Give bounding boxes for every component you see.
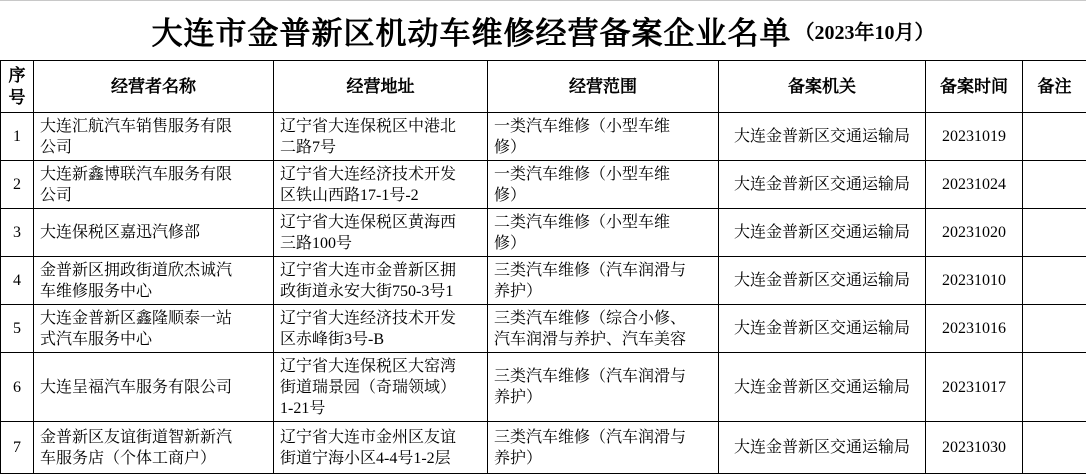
cell-date: 20231024 — [926, 161, 1023, 209]
cell-scope: 三类汽车维修（综合小修、 汽车润滑与养护、汽车美容 — [488, 305, 719, 353]
cell-remark — [1023, 161, 1086, 209]
table-row: 4 金普新区拥政街道欣杰诚汽 车维修服务中心 辽宁省大连市金普新区拥 政街道永安… — [1, 257, 1086, 305]
cell-seq: 2 — [1, 161, 34, 209]
table-row: 2 大连新鑫博联汽车服务有限 公司 辽宁省大连经济技术开发 区铁山西路17-1号… — [1, 161, 1086, 209]
cell-scope: 二类汽车维修（小型车维 修） — [488, 209, 719, 257]
col-header-remark: 备注 — [1023, 61, 1086, 113]
cell-authority: 大连金普新区交通运输局 — [719, 353, 926, 422]
cell-seq: 7 — [1, 422, 34, 474]
cell-address: 辽宁省大连市金普新区拥 政街道永安大街750-3号1 — [274, 257, 488, 305]
cell-address: 辽宁省大连保税区大窑湾 街道瑞景园（奇瑞领域） 1-21号 — [274, 353, 488, 422]
cell-operator-name: 金普新区友谊街道智新新汽 车服务店（个体工商户） — [34, 422, 274, 474]
enterprise-registry-table: 序号 经营者名称 经营地址 经营范围 备案机关 备案时间 备注 1 大连汇航汽车… — [0, 60, 1086, 474]
cell-authority: 大连金普新区交通运输局 — [719, 209, 926, 257]
col-header-date: 备案时间 — [926, 61, 1023, 113]
cell-scope: 三类汽车维修（汽车润滑与 养护） — [488, 353, 719, 422]
cell-authority: 大连金普新区交通运输局 — [719, 161, 926, 209]
cell-remark — [1023, 305, 1086, 353]
cell-seq: 6 — [1, 353, 34, 422]
table-header-row: 序号 经营者名称 经营地址 经营范围 备案机关 备案时间 备注 — [1, 61, 1086, 113]
cell-operator-name: 大连保税区嘉迅汽修部 — [34, 209, 274, 257]
cell-date: 20231020 — [926, 209, 1023, 257]
cell-scope: 三类汽车维修（汽车润滑与 养护） — [488, 257, 719, 305]
cell-address: 辽宁省大连保税区中港北 二路7号 — [274, 113, 488, 161]
cell-operator-name: 金普新区拥政街道欣杰诚汽 车维修服务中心 — [34, 257, 274, 305]
cell-scope: 三类汽车维修（汽车润滑与 养护） — [488, 422, 719, 474]
cell-seq: 3 — [1, 209, 34, 257]
page-title: 大连市金普新区机动车维修经营备案企业名单（2023年10月） — [0, 1, 1086, 60]
cell-date: 20231030 — [926, 422, 1023, 474]
cell-remark — [1023, 353, 1086, 422]
cell-date: 20231017 — [926, 353, 1023, 422]
cell-scope: 一类汽车维修（小型车维 修） — [488, 161, 719, 209]
cell-address: 辽宁省大连经济技术开发 区赤峰街3号-B — [274, 305, 488, 353]
cell-authority: 大连金普新区交通运输局 — [719, 257, 926, 305]
cell-address: 辽宁省大连保税区黄海西 三路100号 — [274, 209, 488, 257]
table-row: 6 大连呈福汽车服务有限公司 辽宁省大连保税区大窑湾 街道瑞景园（奇瑞领域） 1… — [1, 353, 1086, 422]
cell-seq: 5 — [1, 305, 34, 353]
cell-authority: 大连金普新区交通运输局 — [719, 422, 926, 474]
table-row: 1 大连汇航汽车销售服务有限 公司 辽宁省大连保税区中港北 二路7号 一类汽车维… — [1, 113, 1086, 161]
cell-scope: 一类汽车维修（小型车维 修） — [488, 113, 719, 161]
cell-remark — [1023, 257, 1086, 305]
table-row: 3 大连保税区嘉迅汽修部 辽宁省大连保税区黄海西 三路100号 二类汽车维修（小… — [1, 209, 1086, 257]
col-header-authority: 备案机关 — [719, 61, 926, 113]
title-period-text: （2023年10月） — [795, 16, 935, 45]
cell-operator-name: 大连汇航汽车销售服务有限 公司 — [34, 113, 274, 161]
cell-date: 20231016 — [926, 305, 1023, 353]
cell-date: 20231019 — [926, 113, 1023, 161]
col-header-scope: 经营范围 — [488, 61, 719, 113]
cell-remark — [1023, 113, 1086, 161]
table-row: 5 大连金普新区鑫隆顺泰一站 式汽车服务中心 辽宁省大连经济技术开发 区赤峰街3… — [1, 305, 1086, 353]
cell-authority: 大连金普新区交通运输局 — [719, 305, 926, 353]
cell-remark — [1023, 209, 1086, 257]
col-header-seq: 序号 — [1, 61, 34, 113]
cell-seq: 4 — [1, 257, 34, 305]
cell-operator-name: 大连新鑫博联汽车服务有限 公司 — [34, 161, 274, 209]
cell-operator-name: 大连金普新区鑫隆顺泰一站 式汽车服务中心 — [34, 305, 274, 353]
document-page: 大连市金普新区机动车维修经营备案企业名单（2023年10月） 序号 经营者名称 … — [0, 0, 1086, 475]
col-header-operator-name: 经营者名称 — [34, 61, 274, 113]
cell-authority: 大连金普新区交通运输局 — [719, 113, 926, 161]
cell-remark — [1023, 422, 1086, 474]
cell-date: 20231010 — [926, 257, 1023, 305]
table-row: 7 金普新区友谊街道智新新汽 车服务店（个体工商户） 辽宁省大连市金州区友谊 街… — [1, 422, 1086, 474]
col-header-address: 经营地址 — [274, 61, 488, 113]
cell-address: 辽宁省大连市金州区友谊 街道宁海小区4-4号1-2层 — [274, 422, 488, 474]
cell-seq: 1 — [1, 113, 34, 161]
cell-operator-name: 大连呈福汽车服务有限公司 — [34, 353, 274, 422]
title-main-text: 大连市金普新区机动车维修经营备案企业名单 — [152, 8, 792, 53]
cell-address: 辽宁省大连经济技术开发 区铁山西路17-1号-2 — [274, 161, 488, 209]
